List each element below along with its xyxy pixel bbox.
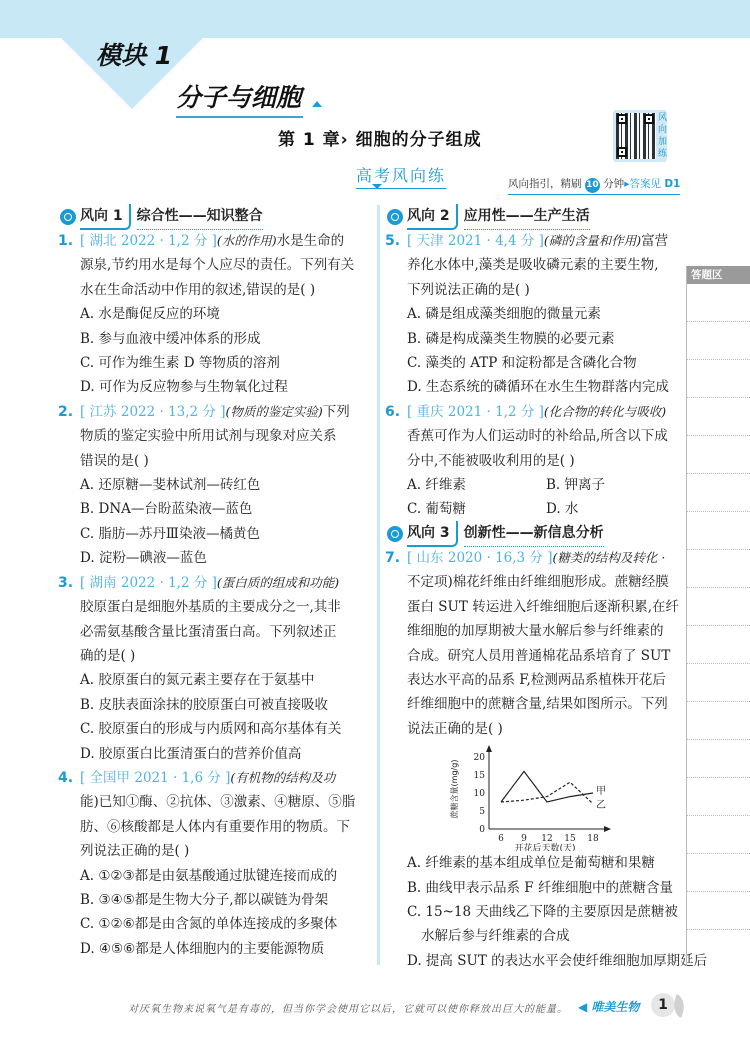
answer-bracket[interactable]: ( ) bbox=[175, 843, 190, 859]
module-title: 模块 1 bbox=[96, 36, 172, 72]
answer-line[interactable] bbox=[687, 664, 750, 702]
option-d[interactable]: D. 胶原蛋白比蛋清蛋白的营养价值高 bbox=[58, 742, 378, 766]
svg-text:20: 20 bbox=[474, 753, 486, 763]
answer-bracket[interactable]: ( ) bbox=[515, 282, 530, 298]
svg-text:12: 12 bbox=[541, 834, 552, 844]
svg-text:18: 18 bbox=[587, 834, 599, 844]
option-d[interactable]: D. ④⑤⑥都是人体细胞内的主要能源物质 bbox=[58, 937, 378, 961]
option-d[interactable]: D. 可作为反应物参与生物氧化过程 bbox=[58, 375, 378, 399]
answer-line[interactable] bbox=[687, 854, 750, 892]
qr-finder-icon bbox=[617, 147, 627, 157]
answer-line[interactable] bbox=[687, 284, 750, 322]
option-d[interactable]: D. 提高 SUT 的表达水平会使纤维细胞加厚期延后 bbox=[385, 949, 685, 973]
option-c[interactable]: C. 15~18 天曲线乙下降的主要原因是蔗糖被 bbox=[385, 900, 685, 924]
answer-line[interactable] bbox=[687, 892, 750, 930]
option-c[interactable]: C. 脂肪—苏丹Ⅲ染液—橘黄色 bbox=[58, 522, 378, 546]
page-number: 1 bbox=[651, 993, 675, 1017]
option-a[interactable]: A. ①②③都是由氨基酸通过肽键连接而成的 bbox=[58, 864, 378, 888]
option-b[interactable]: B. DNA—台盼蓝染液—蓝色 bbox=[58, 497, 378, 521]
answer-line[interactable] bbox=[687, 360, 750, 398]
section-heading-2: 风向 2 应用性——生产生活 bbox=[387, 205, 685, 229]
answer-line[interactable] bbox=[687, 474, 750, 512]
answer-line[interactable] bbox=[687, 778, 750, 816]
option-c[interactable]: C. ①②⑥都是由含氮的单体连接成的多聚体 bbox=[58, 912, 378, 936]
triangle-marker-icon bbox=[312, 101, 322, 107]
question-5: 5. [ 天津 2021 · 4,4 分 ](磷的含量和作用)富营 bbox=[385, 229, 685, 253]
chapter-title: 第 1 章› 细胞的分子组成 bbox=[278, 125, 482, 150]
answer-line[interactable] bbox=[687, 816, 750, 854]
sucrose-line-chart: 0 5 10 15 20 6 9 12 15 18 甲 乙 开花后天数(天) 蔗… bbox=[445, 741, 685, 851]
option-d[interactable]: D. 淀粉—碘液—蓝色 bbox=[58, 546, 378, 570]
section-banner: 高考风向练 bbox=[356, 163, 446, 189]
svg-text:蔗糖含量(mg/g): 蔗糖含量(mg/g) bbox=[449, 760, 459, 819]
option-c[interactable]: C. 可作为维生素 D 等物质的溶剂 bbox=[58, 351, 378, 375]
option-a[interactable]: A. 胶原蛋白的氮元素主要存在于氨基中 bbox=[58, 668, 378, 692]
qr-label: 风向加练 bbox=[658, 112, 667, 160]
option-a[interactable]: A. 纤维素的基本组成单位是葡萄糖和果糖 bbox=[385, 851, 685, 875]
question-1: 1. [ 湖北 2022 · 1,2 分 ](水的作用)水是生命的 bbox=[58, 229, 378, 253]
answer-line[interactable] bbox=[687, 702, 750, 740]
answer-line[interactable] bbox=[687, 322, 750, 360]
left-column: 风向 1 综合性——知识整合 1. [ 湖北 2022 · 1,2 分 ](水的… bbox=[58, 205, 378, 961]
compass-icon bbox=[387, 526, 403, 542]
option-b[interactable]: B. 参与血液中缓冲体系的形成 bbox=[58, 327, 378, 351]
answer-line[interactable] bbox=[687, 626, 750, 664]
svg-text:9: 9 bbox=[521, 834, 527, 844]
compass-icon bbox=[387, 209, 403, 225]
answer-bracket[interactable]: ( ) bbox=[300, 282, 315, 298]
qr-finder-icon bbox=[644, 114, 654, 124]
option-a[interactable]: A. 纤维素 bbox=[407, 473, 546, 497]
option-b[interactable]: B. 曲线甲表示品系 F 纤维细胞中的蔗糖含量 bbox=[385, 876, 685, 900]
svg-text:0: 0 bbox=[479, 825, 485, 835]
part-title: 分子与细胞 bbox=[176, 78, 303, 118]
answer-bracket[interactable]: ( ) bbox=[488, 721, 503, 737]
answer-line[interactable] bbox=[687, 436, 750, 474]
question-3: 3. [ 湖南 2022 · 1,2 分 ](蛋白质的组成和功能) bbox=[58, 571, 378, 595]
question-7: 7. [ 山东 2020 · 16,3 分 ](糖类的结构及转化 · bbox=[385, 546, 685, 570]
option-a[interactable]: A. 磷是组成藻类细胞的微量元素 bbox=[385, 302, 685, 326]
option-d[interactable]: D. 水 bbox=[546, 497, 685, 521]
svg-text:甲: 甲 bbox=[596, 785, 606, 797]
option-a[interactable]: A. 还原糖—斐林试剂—砖红色 bbox=[58, 473, 378, 497]
answer-area-sidebar[interactable]: 答题区 bbox=[686, 266, 750, 966]
right-column: 风向 2 应用性——生产生活 5. [ 天津 2021 · 4,4 分 ](磷的… bbox=[385, 205, 685, 973]
svg-text:15: 15 bbox=[474, 771, 486, 781]
answer-line[interactable] bbox=[687, 740, 750, 778]
option-a[interactable]: A. 水是酶促反应的环境 bbox=[58, 302, 378, 326]
answer-line[interactable] bbox=[687, 550, 750, 588]
section-heading-3: 风向 3 创新性——新信息分析 bbox=[387, 522, 685, 546]
svg-text:10: 10 bbox=[474, 789, 486, 799]
option-d[interactable]: D. 生态系统的磷循环在水生生物群落内完成 bbox=[385, 375, 685, 399]
answer-bracket[interactable]: ( ) bbox=[560, 453, 575, 469]
minutes-badge: 10 bbox=[585, 178, 600, 193]
banner-notch-icon bbox=[372, 184, 382, 189]
option-b[interactable]: B. ③④⑤都是生物大分子,都以碳链为骨架 bbox=[58, 888, 378, 912]
question-2: 2. [ 江苏 2022 · 13,2 分 ](物质的鉴定实验)下列 bbox=[58, 400, 378, 424]
practice-guide: 风向指引，精刷 10 分钟▸答案见 D1 bbox=[508, 176, 680, 195]
qr-code-box[interactable]: 风向加练 bbox=[613, 110, 667, 162]
footer-quote: 对厌氧生物来说氧气是有毒的，但当你学会使用它以后，它就可以使你释放出巨大的能量。 bbox=[128, 1000, 568, 1015]
answer-bracket[interactable]: ( ) bbox=[134, 453, 149, 469]
option-b[interactable]: B. 钾离子 bbox=[546, 473, 685, 497]
svg-text:乙: 乙 bbox=[596, 799, 606, 811]
option-c[interactable]: C. 葡萄糖 bbox=[407, 497, 546, 521]
answer-reference: ▸答案见 D1 bbox=[624, 178, 680, 190]
answer-area-label: 答题区 bbox=[687, 266, 750, 284]
answer-line[interactable] bbox=[687, 512, 750, 550]
question-6: 6. [ 重庆 2021 · 1,2 分 ](化合物的转化与吸收) bbox=[385, 400, 685, 424]
chart-svg: 0 5 10 15 20 6 9 12 15 18 甲 乙 开花后天数(天) 蔗… bbox=[445, 741, 625, 851]
header-band bbox=[0, 0, 750, 38]
qr-finder-icon bbox=[617, 114, 627, 124]
answer-line[interactable] bbox=[687, 398, 750, 436]
section-heading-1: 风向 1 综合性——知识整合 bbox=[60, 205, 378, 229]
answer-line[interactable] bbox=[687, 588, 750, 626]
question-4: 4. [ 全国甲 2021 · 1,6 分 ](有机物的结构及功 bbox=[58, 766, 378, 790]
svg-text:6: 6 bbox=[498, 834, 504, 844]
option-c[interactable]: C. 藻类的 ATP 和淀粉都是含磷化合物 bbox=[385, 351, 685, 375]
compass-icon bbox=[60, 209, 76, 225]
svg-text:5: 5 bbox=[479, 807, 485, 817]
option-c-continued: 水解后参与纤维素的合成 bbox=[385, 924, 685, 948]
option-c[interactable]: C. 胶原蛋白的形成与内质网和高尔基体有关 bbox=[58, 717, 378, 741]
svg-text:15: 15 bbox=[564, 834, 576, 844]
option-b[interactable]: B. 皮肤表面涂抹的胶原蛋白可被直接吸收 bbox=[58, 693, 378, 717]
option-b[interactable]: B. 磷是构成藻类生物膜的必要元素 bbox=[385, 327, 685, 351]
footer-brand: ◀ 唯美生物 bbox=[578, 998, 639, 1015]
svg-text:开花后天数(天): 开花后天数(天) bbox=[514, 842, 575, 851]
answer-bracket[interactable]: ( ) bbox=[121, 648, 136, 664]
